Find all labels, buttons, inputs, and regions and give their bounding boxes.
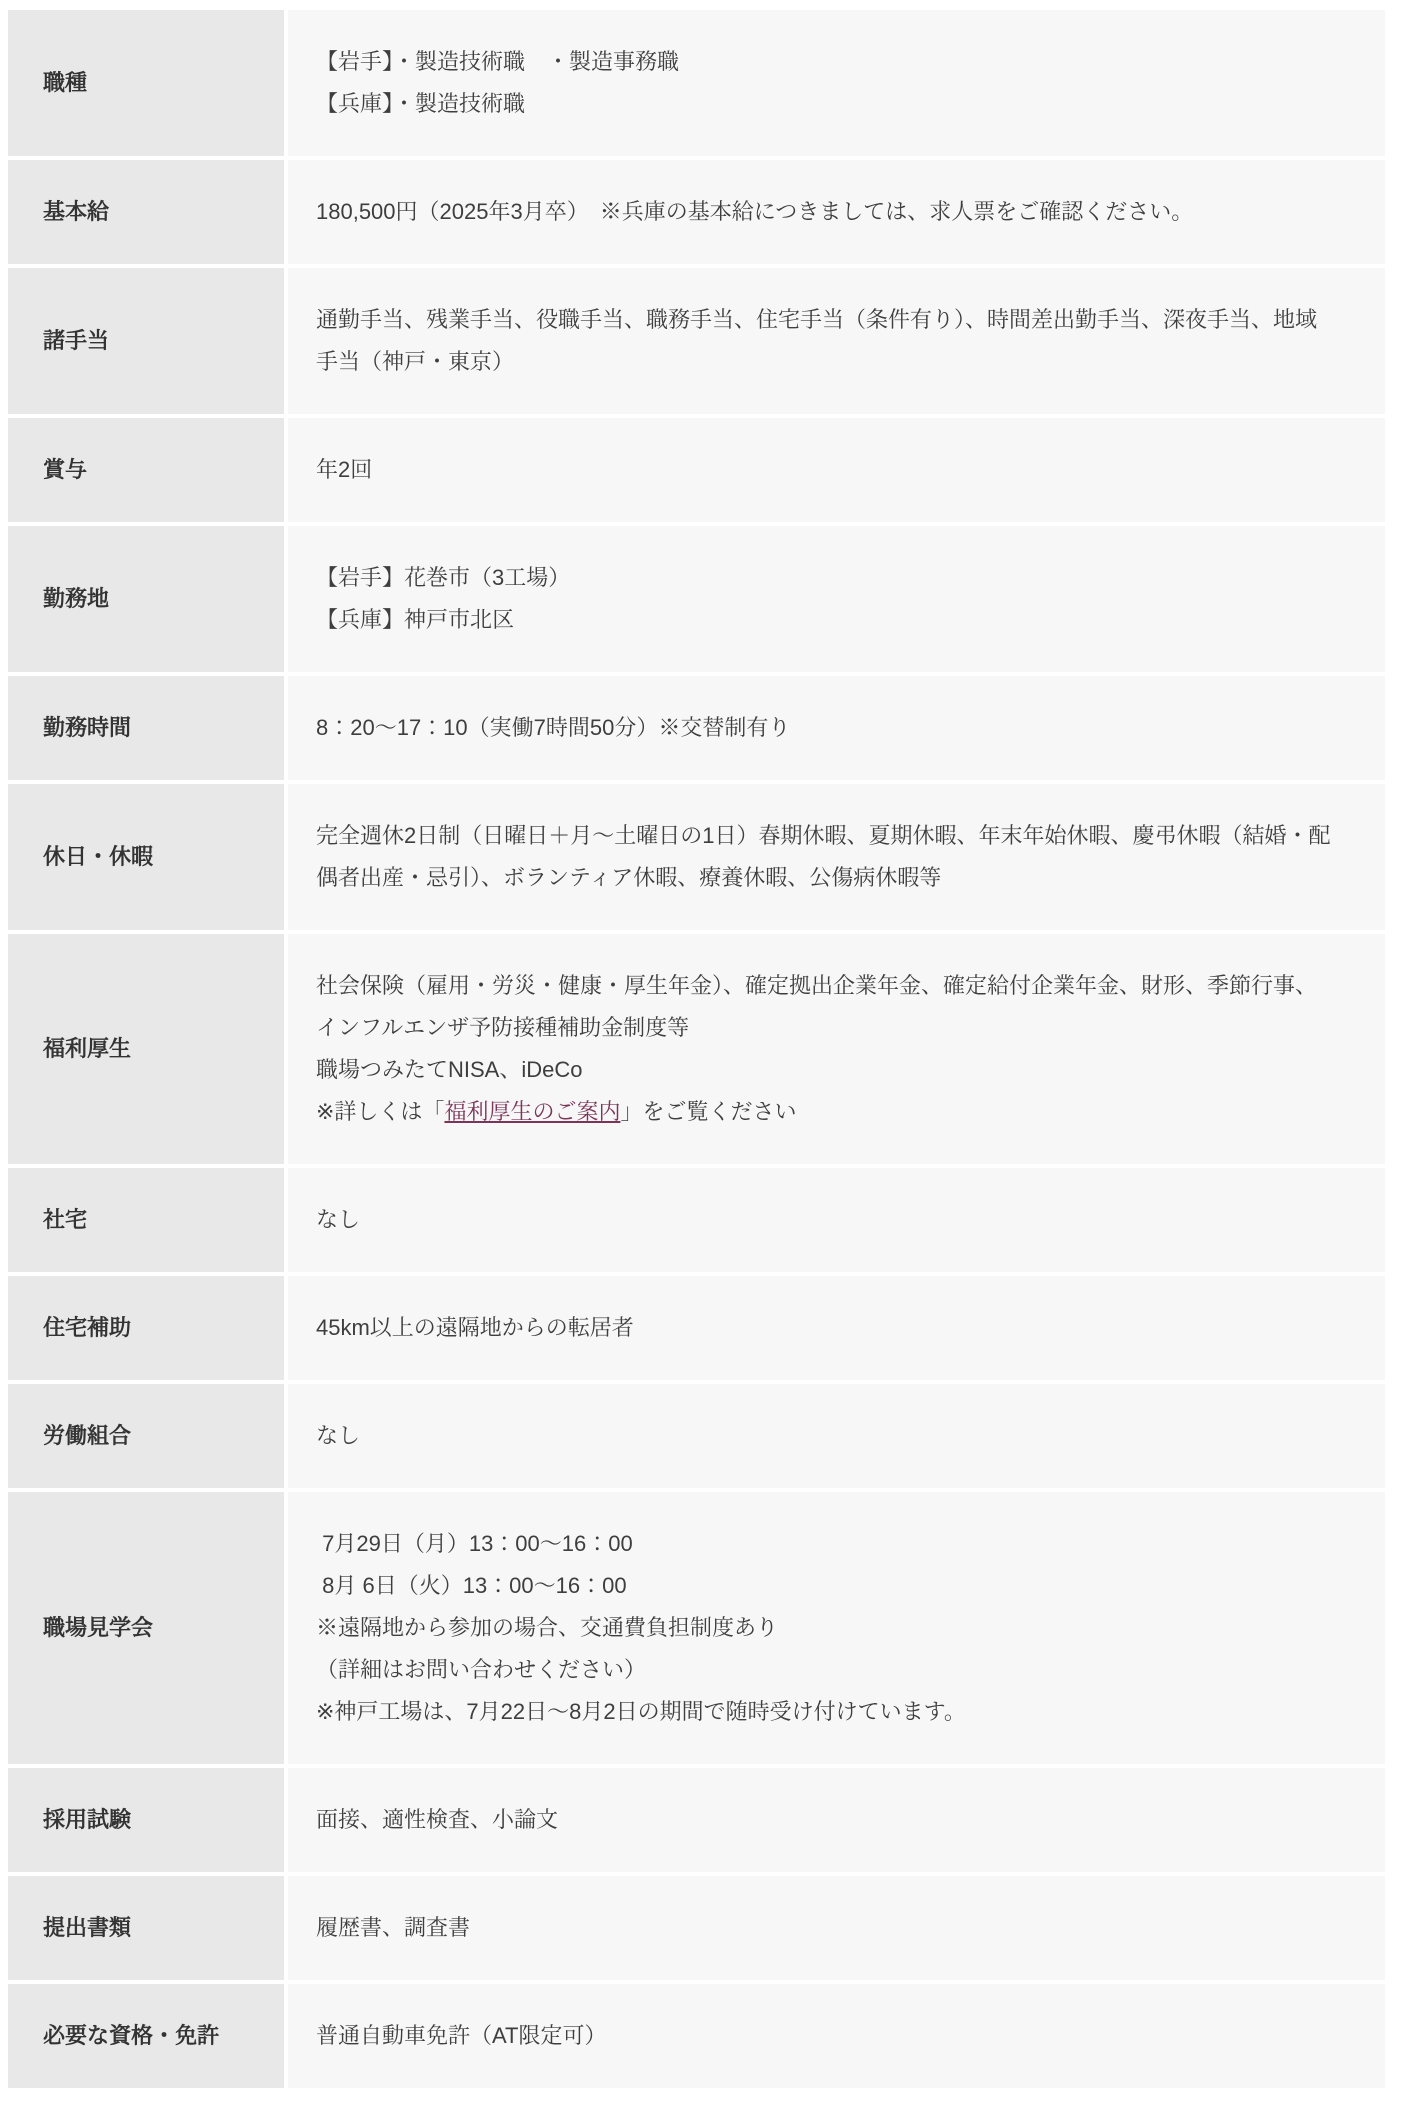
submission-documents-label: 提出書類	[8, 1876, 284, 1980]
row-working-hours: 勤務時間 8：20〜17：10（実働7時間50分）※交替制有り	[8, 676, 1385, 780]
row-housing-subsidy: 住宅補助 45km以上の遠隔地からの転居者	[8, 1276, 1385, 1380]
job-type-label: 職種	[8, 10, 284, 156]
working-hours-value: 8：20〜17：10（実働7時間50分）※交替制有り	[288, 676, 1385, 780]
required-license-label: 必要な資格・免許	[8, 1984, 284, 2088]
job-type-value: 【岩手】・製造技術職 ・製造事務職 【兵庫】・製造技術職	[288, 10, 1385, 156]
row-selection-exam: 採用試験 面接、適性検査、小論文	[8, 1768, 1385, 1872]
submission-documents-value: 履歴書、調査書	[288, 1876, 1385, 1980]
company-housing-value: なし	[288, 1168, 1385, 1272]
benefits-text-after: 」をご覧ください	[620, 1099, 796, 1124]
row-workplace-tour: 職場見学会 7月29日（月）13：00〜16：00 8月 6日（火）13：00〜…	[8, 1492, 1385, 1764]
labor-union-value: なし	[288, 1384, 1385, 1488]
work-location-label: 勤務地	[8, 526, 284, 672]
row-benefits: 福利厚生 社会保険（雇用・労災・健康・厚生年金）、確定拠出企業年金、確定給付企業…	[8, 934, 1385, 1164]
row-work-location: 勤務地 【岩手】花巻市（3工場） 【兵庫】神戸市北区	[8, 526, 1385, 672]
working-hours-label: 勤務時間	[8, 676, 284, 780]
row-company-housing: 社宅 なし	[8, 1168, 1385, 1272]
workplace-tour-value: 7月29日（月）13：00〜16：00 8月 6日（火）13：00〜16：00 …	[288, 1492, 1385, 1764]
holidays-value: 完全週休2日制（日曜日＋月〜土曜日の1日）春期休暇、夏期休暇、年末年始休暇、慶弔…	[288, 784, 1385, 930]
row-allowances: 諸手当 通勤手当、残業手当、役職手当、職務手当、住宅手当（条件有り）、時間差出勤…	[8, 268, 1385, 414]
selection-exam-value: 面接、適性検査、小論文	[288, 1768, 1385, 1872]
row-base-salary: 基本給 180,500円（2025年3月卒） ※兵庫の基本給につきましては、求人…	[8, 160, 1385, 264]
allowances-label: 諸手当	[8, 268, 284, 414]
labor-union-label: 労働組合	[8, 1384, 284, 1488]
housing-subsidy-value: 45km以上の遠隔地からの転居者	[288, 1276, 1385, 1380]
base-salary-value: 180,500円（2025年3月卒） ※兵庫の基本給につきましては、求人票をご確…	[288, 160, 1385, 264]
benefits-value: 社会保険（雇用・労災・健康・厚生年金）、確定拠出企業年金、確定給付企業年金、財形…	[288, 934, 1385, 1164]
required-license-value: 普通自動車免許（AT限定可）	[288, 1984, 1385, 2088]
row-labor-union: 労働組合 なし	[8, 1384, 1385, 1488]
allowances-value: 通勤手当、残業手当、役職手当、職務手当、住宅手当（条件有り）、時間差出勤手当、深…	[288, 268, 1385, 414]
row-holidays: 休日・休暇 完全週休2日制（日曜日＋月〜土曜日の1日）春期休暇、夏期休暇、年末年…	[8, 784, 1385, 930]
row-submission-documents: 提出書類 履歴書、調査書	[8, 1876, 1385, 1980]
housing-subsidy-label: 住宅補助	[8, 1276, 284, 1380]
benefits-guide-link[interactable]: 福利厚生のご案内	[444, 1099, 620, 1124]
row-bonus: 賞与 年2回	[8, 418, 1385, 522]
job-info-table: 職種 【岩手】・製造技術職 ・製造事務職 【兵庫】・製造技術職 基本給 180,…	[8, 10, 1385, 2088]
base-salary-label: 基本給	[8, 160, 284, 264]
selection-exam-label: 採用試験	[8, 1768, 284, 1872]
holidays-label: 休日・休暇	[8, 784, 284, 930]
bonus-value: 年2回	[288, 418, 1385, 522]
bonus-label: 賞与	[8, 418, 284, 522]
work-location-value: 【岩手】花巻市（3工場） 【兵庫】神戸市北区	[288, 526, 1385, 672]
company-housing-label: 社宅	[8, 1168, 284, 1272]
row-job-type: 職種 【岩手】・製造技術職 ・製造事務職 【兵庫】・製造技術職	[8, 10, 1385, 156]
row-required-license: 必要な資格・免許 普通自動車免許（AT限定可）	[8, 1984, 1385, 2088]
workplace-tour-label: 職場見学会	[8, 1492, 284, 1764]
benefits-label: 福利厚生	[8, 934, 284, 1164]
